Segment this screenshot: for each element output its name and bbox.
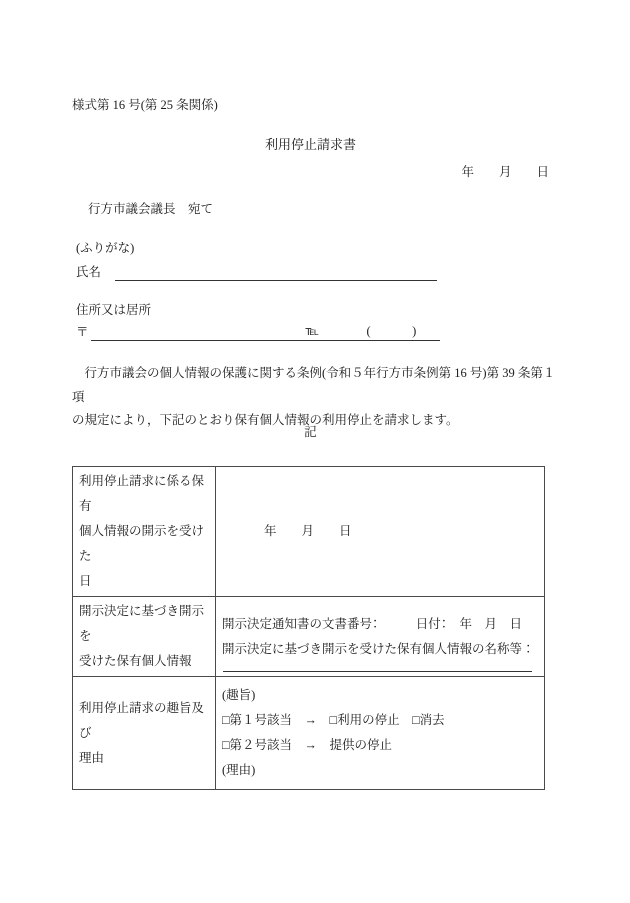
name-fill-line [115, 264, 437, 281]
table-row: 開示決定に基づき開示を 受けた保有個人情報 開示決定通知書の文書番号： 日付： … [73, 597, 545, 677]
page-title: 利用停止請求書 [265, 137, 356, 152]
option-2-checkbox-line: □第２号該当 → 提供の停止 [222, 733, 540, 758]
info-name-line: 開示決定に基づき開示を受けた保有個人情報の名称等： [222, 637, 540, 662]
table-row: 利用停止請求の趣旨及び 理由 (趣旨) □第１号該当 → □利用の停止 □消去 … [73, 677, 545, 790]
row3-header-cell: 利用停止請求の趣旨及び 理由 [73, 677, 216, 790]
furigana-label: (ふりがな) [76, 240, 134, 257]
request-details-table: 利用停止請求に係る保有 個人情報の開示を受けた 日 年 月 日 開示決定に基づき… [72, 466, 545, 790]
tel-area-code-parens: ( ) [367, 323, 418, 340]
form-number: 様式第 16 号(第 25 条関係) [72, 97, 218, 114]
doc-number-line: 開示決定通知書の文書番号： 日付： 年 月 日 [222, 612, 540, 637]
header-date-line: 年 月 日 [72, 164, 549, 181]
info-name-fill-line [223, 671, 532, 672]
postal-mark: 〒 [76, 324, 89, 341]
ki-heading: 記 [304, 425, 317, 439]
option-1-checkbox-line: □第１号該当 → □利用の停止 □消去 [222, 708, 540, 733]
body-line-1: 行方市議会の個人情報の保護に関する条例(令和５年行方市条例第 16 号)第 39… [72, 362, 562, 409]
reason-label: (理由) [222, 758, 540, 783]
table-row: 利用停止請求に係る保有 個人情報の開示を受けた 日 年 月 日 [73, 467, 545, 597]
row2-header-cell: 開示決定に基づき開示を 受けた保有個人情報 [73, 597, 216, 677]
postal-field-row: 〒 ℡ ( ) [76, 324, 440, 341]
request-form-page: 様式第 16 号(第 25 条関係) 利用停止請求書 年 月 日 行方市議会議長… [0, 0, 630, 903]
addressee-line: 行方市議会議長 宛て [88, 201, 213, 218]
name-field-row: 氏名 [76, 264, 437, 281]
purpose-label: (趣旨) [222, 683, 540, 708]
disclosure-date-placeholder: 年 月 日 [222, 519, 540, 544]
row1-content-cell: 年 月 日 [216, 467, 545, 597]
address-label: 住所又は居所 [76, 302, 151, 319]
row1-header-cell: 利用停止請求に係る保有 個人情報の開示を受けた 日 [73, 467, 216, 597]
row3-content-cell: (趣旨) □第１号該当 → □利用の停止 □消去 □第２号該当 → 提供の停止 … [216, 677, 545, 790]
row2-content-cell: 開示決定通知書の文書番号： 日付： 年 月 日 開示決定に基づき開示を受けた保有… [216, 597, 545, 677]
body-paragraph: 行方市議会の個人情報の保護に関する条例(令和５年行方市条例第 16 号)第 39… [72, 362, 562, 433]
name-label: 氏名 [76, 264, 101, 281]
address-fill-line: ℡ ( ) [91, 324, 440, 341]
tel-symbol: ℡ [306, 323, 319, 340]
